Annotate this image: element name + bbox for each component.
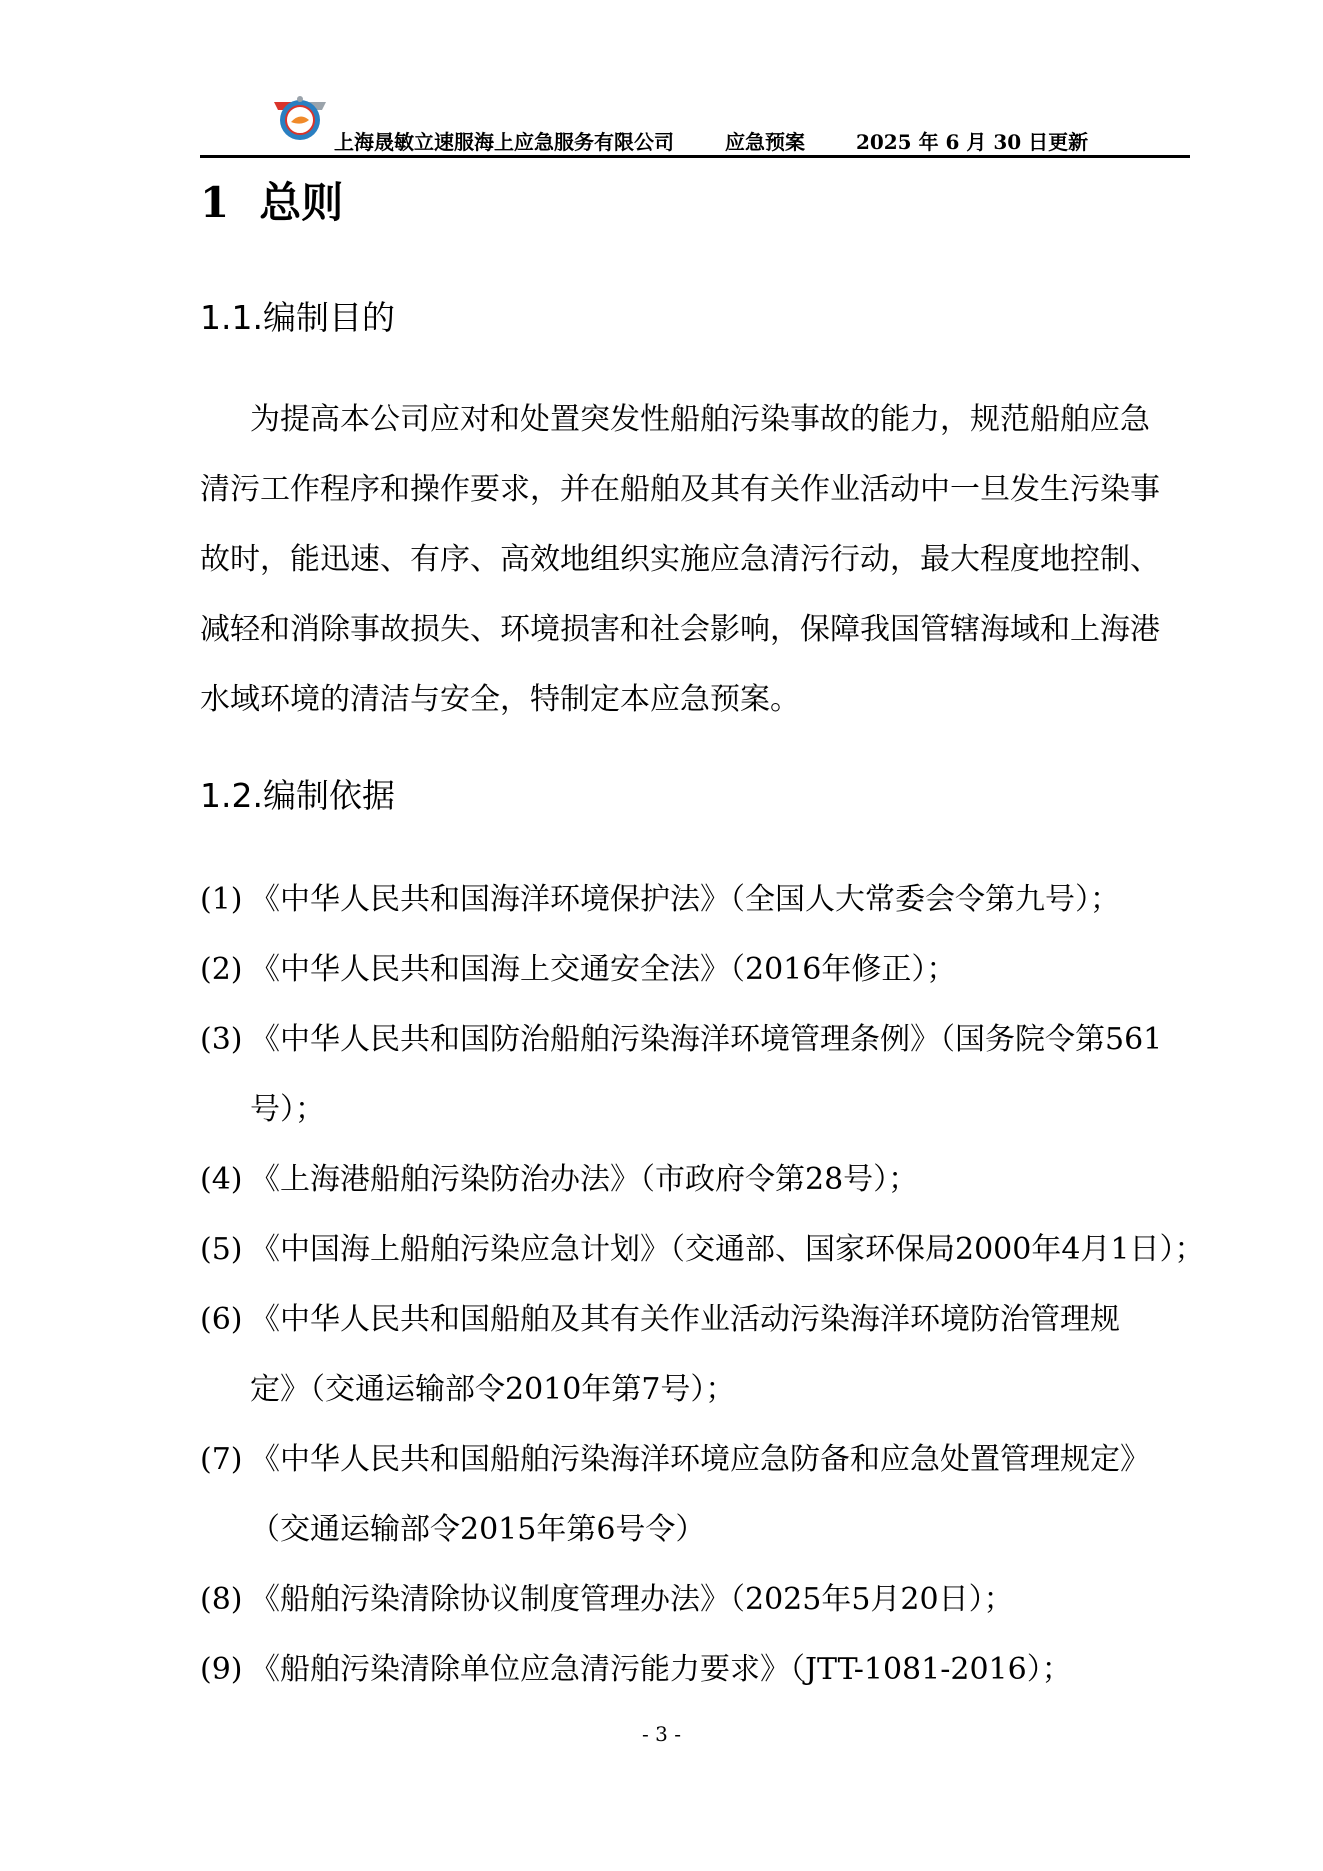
list-item-continuation: （交通运输部令2015年第6号令）	[200, 1495, 1200, 1565]
section-title: 总则	[259, 178, 343, 227]
list-item-text: 《中华人民共和国船舶污染海洋环境应急防备和应急处置管理规定》	[250, 1442, 1150, 1477]
section-heading: 1总则	[200, 170, 343, 230]
header-divider	[200, 155, 1190, 158]
list-item: (8)《船舶污染清除协议制度管理办法》（2025年5月20日）；	[200, 1565, 1200, 1635]
list-item: (4)《上海港船舶污染防治办法》（市政府令第28号）；	[200, 1145, 1200, 1215]
reference-list: (1)《中华人民共和国海洋环境保护法》（全国人大常委会令第九号）； (2)《中华…	[200, 865, 1200, 1705]
list-item: (9)《船舶污染清除单位应急清污能力要求》（JTT-1081-2016）；	[200, 1635, 1200, 1705]
company-logo-icon	[272, 96, 328, 146]
list-item-continuation: 号）；	[200, 1075, 1200, 1145]
document-page: 上海晟敏立速服海上应急服务有限公司 应急预案 2025 年 6 月 30 日更新…	[0, 0, 1323, 1871]
paragraph-line: 为提高本公司应对和处置突发性船舶污染事故的能力，规范船舶应急	[200, 385, 1190, 455]
header-text: 上海晟敏立速服海上应急服务有限公司 应急预案 2025 年 6 月 30 日更新	[334, 126, 1088, 155]
list-item-text: 《中华人民共和国海上交通安全法》（2016年修正）；	[250, 952, 956, 987]
paragraph-line: 清污工作程序和操作要求，并在船舶及其有关作业活动中一旦发生污染事	[200, 455, 1190, 525]
paragraph-line: 水域环境的清洁与安全，特制定本应急预案。	[200, 665, 1190, 735]
list-item: (2)《中华人民共和国海上交通安全法》（2016年修正）；	[200, 935, 1200, 1005]
list-item-text: 《上海港船舶污染防治办法》（市政府令第28号）；	[250, 1162, 918, 1197]
list-item-text: 《船舶污染清除协议制度管理办法》（2025年5月20日）；	[250, 1582, 1014, 1617]
paragraph-line: 故时，能迅速、有序、高效地组织实施应急清污行动，最大程度地控制、	[200, 525, 1190, 595]
list-item: (5)《中国海上船舶污染应急计划》（交通部、国家环保局2000年4月1日）；	[200, 1215, 1200, 1285]
section-number: 1	[200, 178, 229, 227]
list-item-text: 《中华人民共和国船舶及其有关作业活动污染海洋环境防治管理规	[250, 1302, 1120, 1337]
list-item-number: (4)	[200, 1145, 250, 1215]
purpose-paragraph: 为提高本公司应对和处置突发性船舶污染事故的能力，规范船舶应急 清污工作程序和操作…	[200, 385, 1190, 735]
list-item-text: 《船舶污染清除单位应急清污能力要求》（JTT-1081-2016）；	[250, 1652, 1072, 1687]
page-header: 上海晟敏立速服海上应急服务有限公司 应急预案 2025 年 6 月 30 日更新	[200, 92, 1190, 158]
page-number: - 3 -	[0, 1722, 1323, 1746]
list-item-number: (9)	[200, 1635, 250, 1705]
list-item-number: (5)	[200, 1215, 250, 1285]
subsection-heading-basis: 1.2.编制依据	[200, 770, 395, 817]
company-name: 上海晟敏立速服海上应急服务有限公司	[334, 126, 674, 155]
list-item: (6)《中华人民共和国船舶及其有关作业活动污染海洋环境防治管理规	[200, 1285, 1200, 1355]
list-item-text: 《中华人民共和国海洋环境保护法》（全国人大常委会令第九号）；	[250, 882, 1120, 917]
list-item-number: (8)	[200, 1565, 250, 1635]
list-item-number: (6)	[200, 1285, 250, 1355]
list-item-number: (2)	[200, 935, 250, 1005]
list-item: (1)《中华人民共和国海洋环境保护法》（全国人大常委会令第九号）；	[200, 865, 1200, 935]
list-item-number: (3)	[200, 1005, 250, 1075]
list-item-number: (7)	[200, 1425, 250, 1495]
document-type: 应急预案	[725, 126, 805, 155]
list-item-text: 《中国海上船舶污染应急计划》（交通部、国家环保局2000年4月1日）；	[250, 1232, 1205, 1267]
list-item-text: 《中华人民共和国防治船舶污染海洋环境管理条例》（国务院令第561	[250, 1022, 1162, 1057]
paragraph-line: 减轻和消除事故损失、环境损害和社会影响，保障我国管辖海域和上海港	[200, 595, 1190, 665]
list-item: (3)《中华人民共和国防治船舶污染海洋环境管理条例》（国务院令第561	[200, 1005, 1200, 1075]
subsection-heading-purpose: 1.1.编制目的	[200, 292, 395, 339]
list-item-number: (1)	[200, 865, 250, 935]
update-date: 2025 年 6 月 30 日更新	[856, 126, 1088, 155]
list-item: (7)《中华人民共和国船舶污染海洋环境应急防备和应急处置管理规定》	[200, 1425, 1200, 1495]
list-item-continuation: 定》（交通运输部令2010年第7号）；	[200, 1355, 1200, 1425]
